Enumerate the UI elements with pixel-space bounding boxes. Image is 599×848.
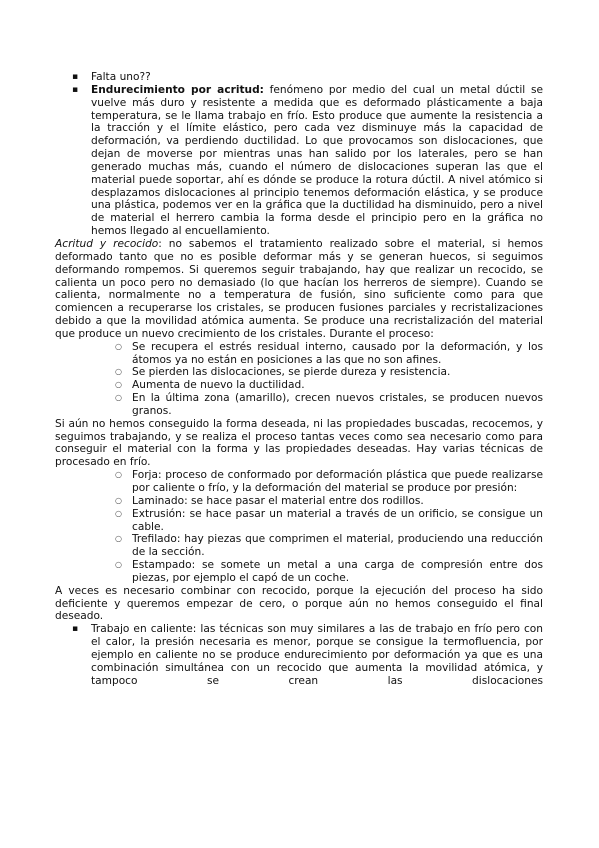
bullet-text: Endurecimiento por acritud: fenómeno por… <box>91 84 543 238</box>
sub-bullet-text: Trefilado: hay piezas que comprimen el m… <box>132 533 543 559</box>
paragraph: Si aún no hemos conseguido la forma dese… <box>55 418 543 469</box>
circle-bullet-icon: ○ <box>115 392 122 405</box>
sub-bullet-text: Se pierden las dislocaciones, se pierde … <box>132 366 543 379</box>
bullet-item: ▪ Endurecimiento por acritud: fenómeno p… <box>55 84 543 238</box>
sub-bullet-item: ○ Laminado: se hace pasar el material en… <box>55 495 543 508</box>
document-page: ▪ Falta uno?? ▪ Endurecimiento por acrit… <box>55 71 543 688</box>
sub-bullet-item: ○ Trefilado: hay piezas que comprimen el… <box>55 533 543 559</box>
sub-bullet-item: ○ Se pierden las dislocaciones, se pierd… <box>55 366 543 379</box>
sub-bullet-item: ○ Se recupera el estrés residual interno… <box>55 341 543 367</box>
square-bullet-icon: ▪ <box>72 84 78 97</box>
paragraph: Acritud y recocido: no sabemos el tratam… <box>55 238 543 341</box>
circle-bullet-icon: ○ <box>115 469 122 482</box>
square-bullet-icon: ▪ <box>72 71 78 84</box>
italic-heading: Acritud y recocido <box>55 238 158 250</box>
sub-bullet-item: ○ Estampado: se somete un metal a una ca… <box>55 559 543 585</box>
term-definition: fenómeno por medio del cual un metal dúc… <box>91 84 543 237</box>
sub-bullet-text: Estampado: se somete un metal a una carg… <box>132 559 543 585</box>
circle-bullet-icon: ○ <box>115 559 122 572</box>
circle-bullet-icon: ○ <box>115 379 122 392</box>
paragraph: A veces es necesario combinar con recoci… <box>55 585 543 624</box>
bullet-item: ▪ Trabajo en caliente: las técnicas son … <box>55 623 543 687</box>
circle-bullet-icon: ○ <box>115 533 122 546</box>
sub-bullet-text: Forja: proceso de conformado por deforma… <box>132 469 543 495</box>
bullet-item: ▪ Falta uno?? <box>55 71 543 84</box>
bullet-text: Falta uno?? <box>91 71 543 84</box>
paragraph-text: : no sabemos el tratamiento realizado so… <box>55 238 543 340</box>
square-bullet-icon: ▪ <box>72 623 78 636</box>
sub-bullet-text: En la última zona (amarillo), crecen nue… <box>132 392 543 418</box>
sub-bullet-item: ○ En la última zona (amarillo), crecen n… <box>55 392 543 418</box>
circle-bullet-icon: ○ <box>115 495 122 508</box>
sub-bullet-text: Aumenta de nuevo la ductilidad. <box>132 379 543 392</box>
sub-bullet-text: Extrusión: se hace pasar un material a t… <box>132 508 543 534</box>
circle-bullet-icon: ○ <box>115 341 122 354</box>
circle-bullet-icon: ○ <box>115 508 122 521</box>
term-heading: Endurecimiento por acritud: <box>91 84 264 96</box>
circle-bullet-icon: ○ <box>115 366 122 379</box>
sub-bullet-text: Se recupera el estrés residual interno, … <box>132 341 543 367</box>
sub-bullet-item: ○ Aumenta de nuevo la ductilidad. <box>55 379 543 392</box>
sub-bullet-item: ○ Forja: proceso de conformado por defor… <box>55 469 543 495</box>
bullet-text: Trabajo en caliente: las técnicas son mu… <box>91 623 543 687</box>
sub-bullet-item: ○ Extrusión: se hace pasar un material a… <box>55 508 543 534</box>
sub-bullet-text: Laminado: se hace pasar el material entr… <box>132 495 543 508</box>
